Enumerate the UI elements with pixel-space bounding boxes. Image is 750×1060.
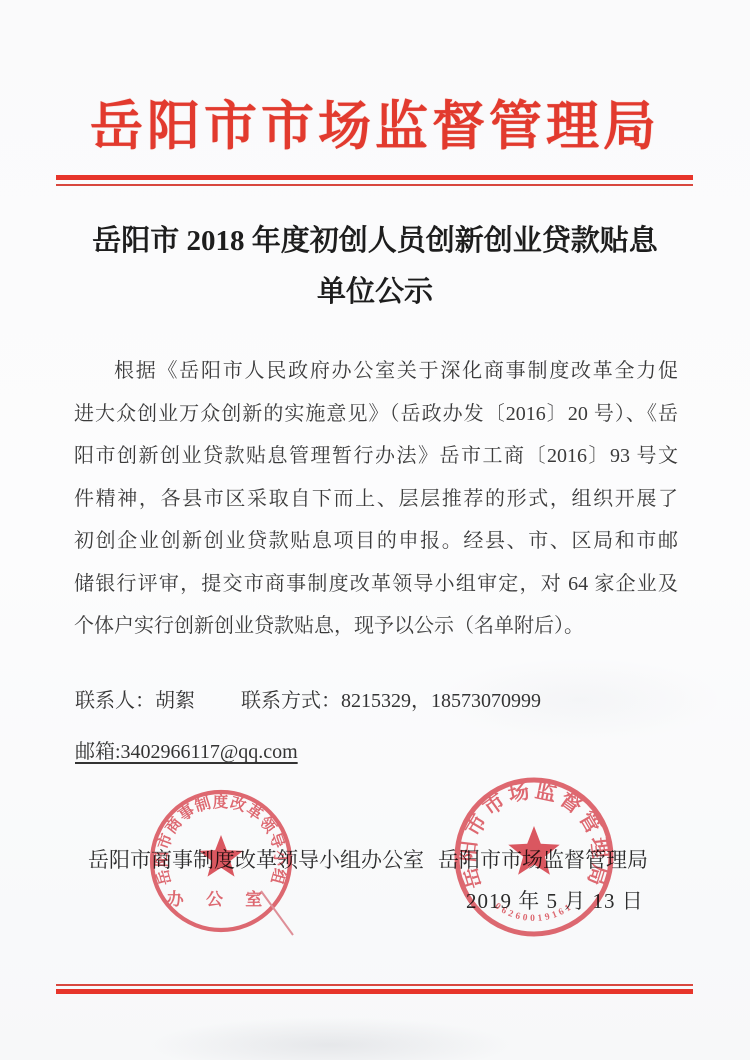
signature-date: 2019 年 5 月 13 日 [466,885,644,915]
left-seal-pen-mark [261,891,293,935]
body-line: 根据《岳阳市人民政府办公室关于深化商事制度改革全力促 [74,350,678,393]
document-title-line1: 岳阳市 2018 年度初创人员创新创业贷款贴息 [0,216,750,267]
contact-info: 联系人：胡絮 联系方式：8215329，18573070999 邮箱:34029… [75,684,541,764]
contact-person: 联系人：胡絮 [75,684,195,713]
signature-left-org: 岳阳市商事制度改革领导小组办公室 [88,844,424,874]
contact-method: 联系方式：8215329，18573070999 [241,684,541,713]
signature-row: 岳阳市商事制度改革领导小组办公室 岳阳市市场监督管理局 [88,844,648,874]
footer-rule-thick [56,989,693,994]
body-paragraph: 根据《岳阳市人民政府办公室关于深化商事制度改革全力促 进大众创业万众创新的实施意… [74,350,678,648]
body-line: 个体户实行创新创业贷款贴息，现予以公示（名单附后）。 [74,605,678,648]
body-line: 阳市创新创业贷款贴息管理暂行办法》岳市工商〔2016〕93 号文 [74,435,678,478]
contact-row: 联系人：胡絮 联系方式：8215329，18573070999 [75,684,541,713]
document-title-line2: 单位公示 [0,267,750,318]
contact-email: 邮箱:3402966117@qq.com [75,735,541,764]
body-line: 进大众创业万众创新的实施意见》（岳政办发〔2016〕20 号）、《岳 [74,393,678,436]
body-line: 初创企业创新创业贷款贴息项目的申报。经县、市、区局和市邮 [74,520,678,563]
header-rule-thick [56,175,693,180]
scanned-notice-page: 岳阳市市场监督管理局 岳阳市 2018 年度初创人员创新创业贷款贴息 单位公示 … [0,0,750,1060]
letterhead-org-name: 岳阳市市场监督管理局 [0,84,750,160]
document-title: 岳阳市 2018 年度初创人员创新创业贷款贴息 单位公示 [0,216,750,318]
signature-right-org: 岳阳市市场监督管理局 [438,844,648,874]
footer-rule-thin [56,984,693,986]
left-seal-center-text: 办 公 室 [167,889,272,909]
header-rule-thin [56,184,693,186]
svg-text:岳阳市市场监督管理局: 岳阳市市场监督管理局 [455,778,613,892]
body-line: 件精神，各县市区采取自下而上、层层推荐的形式，组织开展了 [74,478,678,521]
body-line: 储银行评审，提交市商事制度改革领导小组审定，对 64 家企业及 [74,563,678,606]
right-seal-ring-text: 岳阳市市场监督管理局 [455,778,613,892]
